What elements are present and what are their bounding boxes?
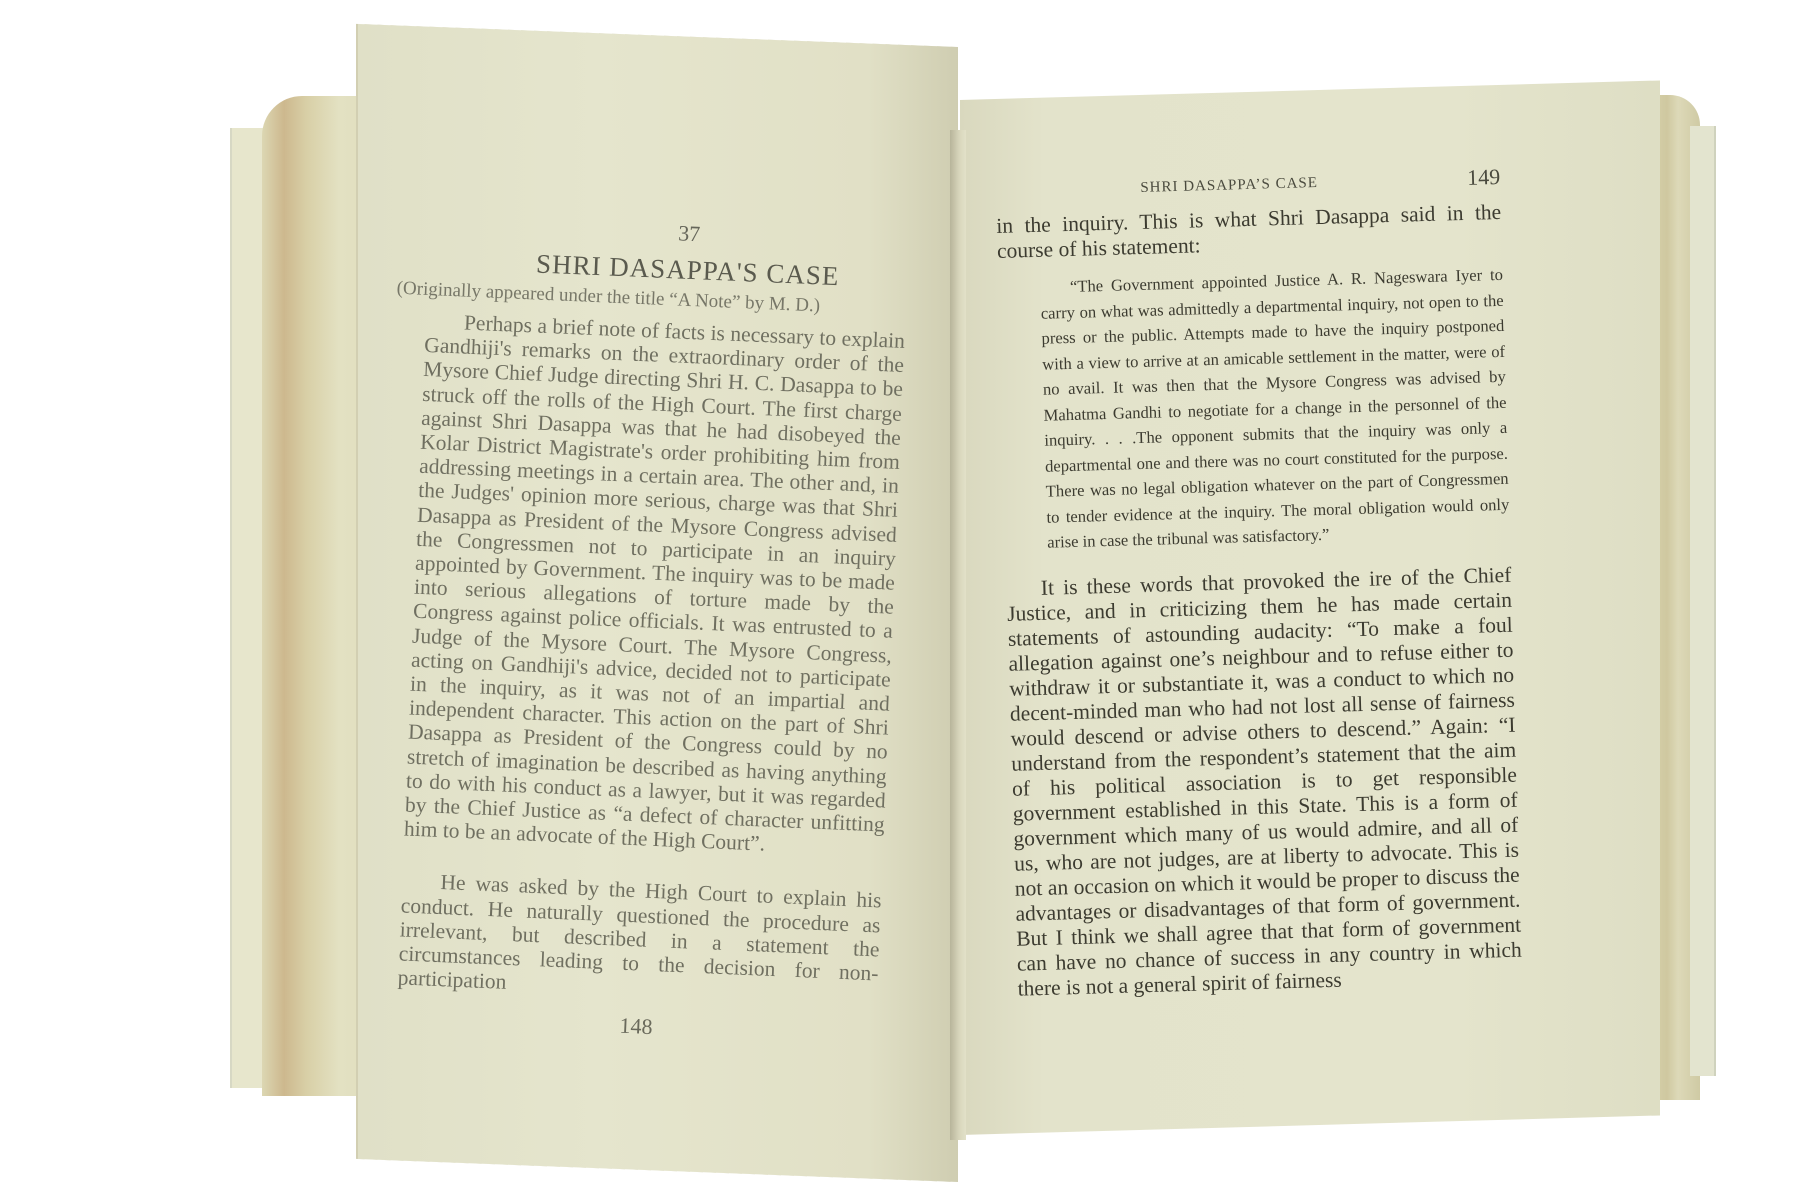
left-page-block bbox=[262, 96, 372, 1096]
running-head: SHRI DASAPPA’S CASE bbox=[1140, 175, 1318, 197]
paragraph: It is these words that provoked the ire … bbox=[1006, 562, 1523, 1001]
left-page-content: 37 SHRI DASAPPA'S CASE (Originally appea… bbox=[396, 210, 910, 1050]
open-book: 37 SHRI DASAPPA'S CASE (Originally appea… bbox=[0, 0, 1800, 1200]
block-quote: “The Government appointed Justice A. R. … bbox=[1040, 262, 1511, 555]
book-gutter bbox=[950, 130, 966, 1140]
paragraph: Perhaps a brief note of facts is necessa… bbox=[404, 309, 906, 861]
quote-text: “The Government appointed Justice A. R. … bbox=[1040, 262, 1511, 555]
page-number: 149 bbox=[1467, 164, 1501, 191]
paragraph: in the inquiry. This is what Shri Dasapp… bbox=[996, 200, 1502, 264]
right-cover-edge bbox=[1690, 126, 1716, 1076]
right-page-content: SHRI DASAPPA’S CASE 149 in the inquiry. … bbox=[995, 164, 1523, 1001]
paragraph: He was asked by the High Court to explai… bbox=[397, 869, 882, 1010]
